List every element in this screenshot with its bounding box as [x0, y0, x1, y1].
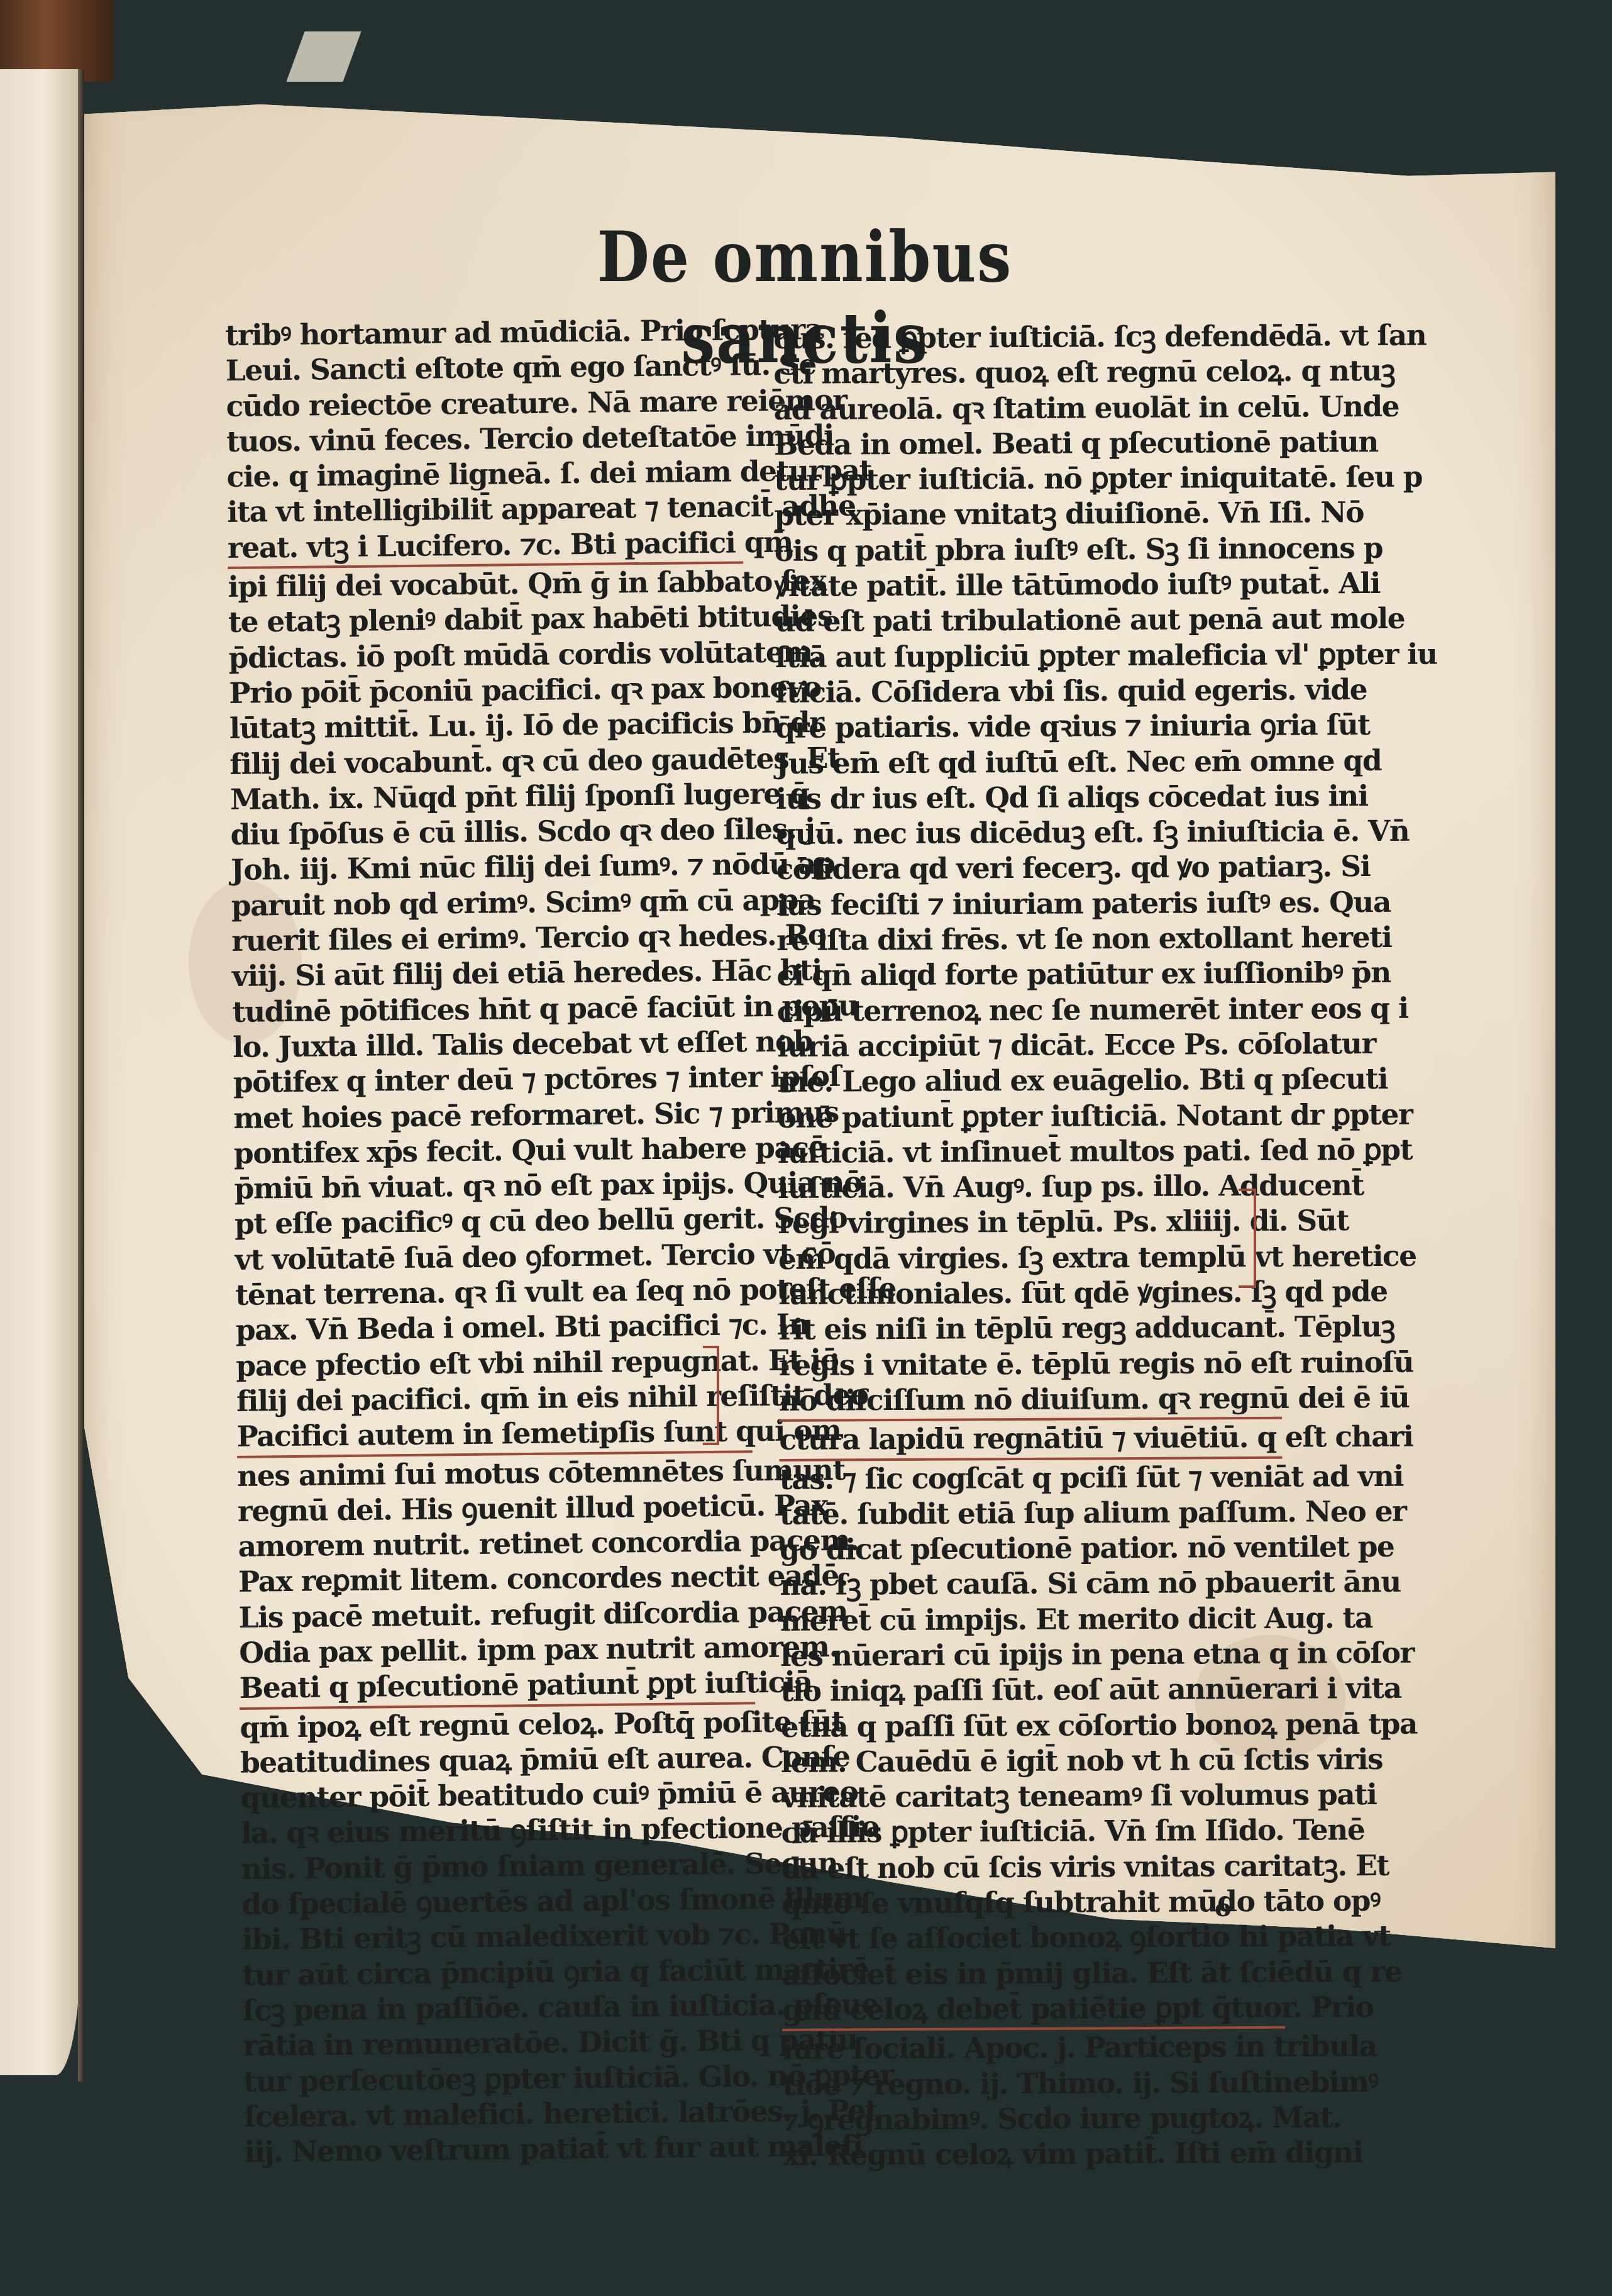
text-line: vt volūtatē ſuā deo ꝯformet. Tercio vt c…: [235, 1236, 751, 1277]
text-line: pace pfectio eſt vbi nihil repugnat. Et …: [236, 1343, 752, 1384]
text-line: regis i vnitate ē. tēplū regis nō eſt ru…: [779, 1345, 1282, 1382]
text-line: ſcꝫ pena in paſſiōe. cauſa in iuſticia. …: [243, 1987, 759, 2028]
paper-tab: [286, 31, 361, 82]
text-line: ita vt intelligibilit̄ appareat ⁊ tenaci…: [227, 489, 743, 530]
text-line: eſt vt ſe aſſociet bonoꝝ ꝯſortio hi pati…: [781, 1919, 1284, 1956]
text-line: lem. Cauēdū ē igit̄ nob vt h cū ſctis vi…: [781, 1742, 1284, 1780]
text-line: te etatꝫ pleniꝰ dabit̄ pax habēti btitud…: [228, 599, 744, 640]
facing-page-edge: [0, 69, 80, 2075]
text-line: tēnat terrena. qꝛ ſi vult ea ſeq nō pote…: [235, 1272, 751, 1312]
text-line: ibi. Bti eritꝫ cū maledixerit vob ⁊c. Po…: [242, 1917, 758, 1958]
text-line: rit eis niſi in tēplū regꝫ adducant̄. Tē…: [778, 1309, 1281, 1347]
text-line: Math. ix. Nūqd pn̄t filij ſponſi lugere …: [230, 776, 746, 817]
text-line: gnū celoꝝ debet̄ patiētie ꝑpt q̄tuor. Pr…: [782, 1990, 1285, 2031]
text-line: tuos. vinū feces. Tercio deteſtatōe imūd…: [226, 418, 743, 459]
text-line: da eſt nob cū ſcis viris vnitas caritatꝫ…: [781, 1848, 1284, 1886]
text-line: ois q patit̄ pbra iuſtꝰ eſt. Sꝫ ſi innoc…: [775, 531, 1278, 568]
text-line: p̄dictas. iō poſt mūdā cordis volūtatem.: [228, 635, 744, 675]
text-line: cus. ſed ꝑpter iuſticiā. ſcꝫ defendēdā. …: [773, 318, 1276, 356]
text-line: pax. Vn̄ Beda i omel. Bti pacifici ⁊c. I…: [236, 1307, 752, 1348]
text-line: ud eſt pati tribulationē aut penā aut mo…: [775, 601, 1278, 639]
text-line: cipū terrenoꝝ nec ſe numerēt inter eos q…: [777, 990, 1280, 1028]
text-line: tatē. ſubdit etiā ſup alium paſſum. Neo …: [780, 1494, 1283, 1532]
text-line: lūtatꝫ mittit̄. Lu. ij. Iō de pacificis …: [229, 706, 746, 746]
text-line: me. Lego aliud ex euāgelio. Bti q pſecut…: [777, 1062, 1280, 1099]
text-line: quenter pōit̄ beatitudo cuiꝰ p̄miū ē aur…: [240, 1775, 756, 1816]
text-line: iuſticiā. vt inſinuet̄ multos pati. ſed …: [778, 1133, 1281, 1170]
text-line: amorem nutrit. retinet concordia pacem.: [238, 1523, 754, 1564]
text-line: pt eſſe pacificꝰ q cū deo bellū gerit. S…: [235, 1201, 751, 1242]
text-line: ci qn̄ aliqd forte patiūtur ex iuſſionib…: [776, 955, 1279, 993]
text-line: do ſpecialē ꝯuertēs ad apl'os ſmonē illu…: [241, 1881, 758, 1922]
text-line: ſtiā aut ſuppliciū ꝑpter maleficia vl' ꝑ…: [775, 636, 1278, 674]
text-line: em̄ qdā virgies. ſꝫ extra templū vt here…: [778, 1239, 1281, 1277]
text-line: tur ꝑpter iuſticiā. nō ꝑpter iniquitatē.…: [774, 460, 1277, 497]
text-line: Pax reꝑmit litem. concordes nectit eadē.: [238, 1559, 754, 1600]
text-line: cie. q imaginē ligneā. ſ. dei miam detur…: [226, 454, 743, 495]
text-line: iuriā accipiūt ⁊ dicāt. Ecce Ps. cōſolat…: [777, 1026, 1280, 1064]
text-line: met hoies pacē reformaret. Sic ⁊ primus: [233, 1095, 749, 1136]
text-line: go dicat pſecutionē patior. nō ventilet …: [780, 1529, 1283, 1567]
text-line: re iſta dixi frēs. vt ſe non extollant h…: [776, 920, 1279, 958]
text-line: Beati q pſecutionē patiunt̄ ꝑpt iuſticiā…: [240, 1665, 756, 1710]
text-line: tiōe ⁊ regno. ij. Thimo. ij. Si ſuſtineb…: [783, 2064, 1286, 2102]
text-line: ius dr ius eſt. Qd ſi aliqs cōcedat ius …: [776, 779, 1279, 816]
text-line: nes animi ſui motus cōtemnētes ſumunt: [237, 1453, 753, 1494]
text-line: ſticiā. Cōſidera vbi ſis. quid egeris. v…: [775, 672, 1278, 710]
rubrication-bracket: [703, 1346, 719, 1445]
text-line: Joh. iij. Kmi nūc filij dei ſumꝰ. ⁊ nōdū…: [231, 847, 747, 888]
text-line: ctura lapidū regnātiū ⁊ viuētiū. q eſt c…: [779, 1419, 1282, 1461]
text-line: cōſidera qd veri fecerꝫ. qd ꝟo patiarꝫ. …: [776, 849, 1279, 887]
text-line: nō diſciſſum nō diuiſum. qꝛ regnū dei ē …: [779, 1380, 1282, 1422]
text-line: meret̄ cū impijs. Et merito dicit Aug. t…: [780, 1600, 1283, 1638]
text-line: Leui. Sancti eſtote qm̄ ego ſanctꝰ ſū. S…: [226, 348, 742, 389]
text-line: les nūerari cū ipijs in pena etna q in c…: [780, 1636, 1283, 1673]
text-line: Prio pōit̄ p̄coniū pacifici. qꝛ pax bone…: [229, 670, 745, 711]
text-line: pōtifex q inter deū ⁊ pctōres ⁊ inter ip…: [233, 1060, 749, 1101]
left-text-column: tribꝰ hortamur ad mūdiciā. Prio ſcpturaL…: [225, 312, 760, 2170]
text-line: aſſociet̄ eis in p̄mij glia. Eſt āt ſciē…: [782, 1954, 1285, 1992]
text-line: regi virgines in tēplū. Ps. xliiij. di. …: [778, 1203, 1281, 1241]
text-line: quū. nec ius dicēduꝫ eſt. ſꝫ iniuſticia …: [776, 814, 1279, 851]
text-line: tas. ⁊ ſic cogſcāt q pciſi ſūt ⁊ veniāt …: [779, 1458, 1282, 1496]
text-line: ⁊ ꝯregnabimꝰ. Scdo iure pugtoꝝ. Mat.: [783, 2100, 1286, 2138]
text-line: Pacifici autem in ſemetipſis ſunt qui om: [236, 1414, 753, 1458]
text-line: paruit nob qd erimꝰ. Scimꝰ qm̄ cū appa: [231, 882, 747, 923]
text-line: filij dei pacifici. qm̄ in eis nihil reſ…: [236, 1378, 753, 1419]
text-line: la. qꝛ eius meritū ꝯſiſtit in pfectione …: [241, 1811, 757, 1851]
text-line: cti martyres. quoꝝ eſt regnū celoꝝ. q nt…: [773, 353, 1276, 391]
text-line: Jus em̄ eſt qd iuſtū eſt. Nec em̄ omne q…: [776, 743, 1279, 780]
text-line: cūdo reiectōe creature. Nā mare reiēmor: [226, 383, 742, 424]
text-line: iure ſociali. Apoc. j. Particeps in trib…: [782, 2029, 1285, 2066]
text-line: q̄re patiaris. vide qꝛius ⁊ iniuria ꝯria…: [775, 707, 1278, 745]
text-line: viij. Si aūt filij dei etiā heredes. Hāc…: [232, 953, 748, 994]
text-line: pontifex xp̄s fecit. Qui vult habere pac…: [234, 1130, 750, 1171]
text-line: regnū dei. His ꝯuenit illud poeticū. Pax: [238, 1488, 754, 1529]
book-gutter: [78, 69, 84, 2082]
text-line: xi. Regnū celoꝝ vim patit̄. Iſti em̄ dig…: [783, 2135, 1286, 2173]
rubrication-bracket: [1239, 1189, 1256, 1288]
text-line: ruerit ſiles ei erimꝰ. Tercio qꝛ hedes. …: [231, 918, 748, 958]
text-line: q̄nto ſe vnuſqſq ſubtrahit mūdo tāto opꝰ: [781, 1883, 1284, 1921]
text-line: ipi filij dei vocabūt. Qm̄ ḡ in ſabbato …: [228, 563, 744, 604]
text-line: onē patiunt̄ ꝑpter iuſticiā. Notant dr ꝑ…: [777, 1097, 1280, 1134]
text-line: lo. Juxta illd. Talis decebat vt eſſet n…: [233, 1024, 749, 1065]
text-line: ad aureolā. qꝛ ſtatim euolāt in celū. Un…: [774, 389, 1277, 426]
text-line: nā. ſꝫ pbet cauſā. Si cām nō pbauerit ān…: [780, 1565, 1283, 1602]
text-line: tur perſecutōeꝫ ꝑpter iuſticiā. Glo. nō …: [243, 2058, 759, 2099]
text-line: tudinē pōtifices hn̄t q pacē faciūt in p…: [232, 989, 748, 1029]
text-line: ſcelera. vt malefici. heretici. latrōes.…: [244, 2094, 760, 2134]
text-line: ſanctimoniales. ſūt qdē ꝟgines. ſꝫ qd pd…: [778, 1274, 1281, 1312]
text-line: qm̄ ipoꝝ eſt regnū celoꝝ. Poſtq̄ poſite …: [240, 1704, 756, 1745]
text-line: diu ſpōſus ē cū illis. Scdo qꝛ deo ſiles…: [230, 812, 746, 853]
text-line: rātia in remuneratōe. Dicit ḡ. Bti q pat…: [243, 2023, 759, 2064]
text-line: iuſticiā. Vn̄ Augꝰ. ſup ps. illo. Adduce…: [778, 1168, 1281, 1206]
text-line: p̄miū bn̄ viuat. qꝛ nō eſt pax ipijs. Qu…: [234, 1165, 750, 1206]
text-line: beatitudines quaꝝ p̄miū eſt aurea. Conſe: [240, 1739, 756, 1780]
text-line: etna q paſſi ſūt ex cōſortio bonoꝝ penā …: [781, 1706, 1284, 1744]
text-line: pter xp̄iane vnitatꝫ diuiſionē. Vn̄ Iſi.…: [774, 495, 1277, 533]
right-text-column: cus. ſed ꝑpter iuſticiā. ſcꝫ defendēdā. …: [773, 318, 1286, 2173]
text-line: Lis pacē metuit. refugit diſcordia pacem: [238, 1594, 754, 1635]
text-line: reat. vtꝫ i Lucifero. ⁊c. Bti pacifici q…: [228, 524, 744, 569]
text-line: ius feciſti ⁊ iniuriam pateris iuſtꝰ es.…: [776, 885, 1279, 923]
text-line: cū illis ꝑpter iuſticiā. Vn̄ ſm Iſido. T…: [781, 1812, 1284, 1850]
text-line: tio iniqꝝ paſſi ſūt. eoſ aūt annūerari i…: [780, 1671, 1283, 1709]
text-line: Odia pax pellit. ipm pax nutrit amorem.: [239, 1629, 755, 1670]
text-line: ꝟitate patit̄. ille tātūmodo iuſtꝰ putat…: [775, 566, 1278, 604]
text-line: nis. Ponit ḡ p̄mo ſniam generalē. Secun: [241, 1846, 758, 1887]
text-line: filij dei vocabunt̄. qꝛ cū deo gaudētes.…: [229, 741, 746, 782]
text-line: iij. Nemo veſtrum patiat̄ vt fur aut mal…: [244, 2129, 760, 2170]
text-line: Beda in omel. Beati q pſecutionē patiun: [774, 424, 1277, 462]
text-line: vnitatē caritatꝫ teneamꝰ ſi volumus pati: [781, 1777, 1284, 1815]
signature-mark: o: [1215, 1893, 1232, 1922]
text-line: tur aūt circa p̄ncipiū ꝯria q faciūt mar…: [242, 1952, 758, 1993]
text-line: tribꝰ hortamur ad mūdiciā. Prio ſcptura: [225, 312, 741, 353]
